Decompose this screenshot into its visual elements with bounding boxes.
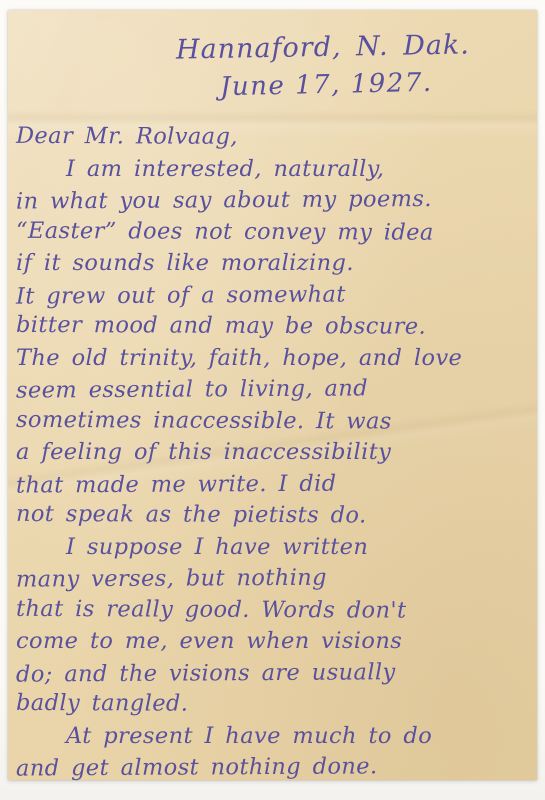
letter-line: that is really good. Words don't: [16, 593, 531, 627]
letter-line: seem essential to living, and: [16, 372, 531, 407]
letter-line: The old trinity, faith, hope, and love: [16, 343, 531, 375]
letter-body: Dear Mr. Rolvaag, I am interested, natur…: [16, 122, 531, 784]
letter-line: “Easter” does not convey my idea: [16, 215, 531, 249]
letter-line: in what you say about my poems.: [16, 183, 531, 218]
letter-line: a feeling of this inaccessibility: [16, 437, 531, 469]
letter-line: come to me, even when visions: [16, 626, 531, 658]
letter-line: bitter mood and may be obscure.: [16, 310, 531, 344]
letter-line: if it sounds like moralizing.: [16, 248, 531, 280]
letter-date-line: June 17, 1927.: [220, 68, 433, 102]
letter-line: and get almost nothing done.: [16, 750, 531, 785]
letter-line: not speak as the pietists do.: [16, 499, 531, 533]
letter-line: sometimes inaccessible. It was: [16, 404, 531, 438]
letter-place-line: Hannaford, N. Dak.: [176, 29, 470, 65]
letter-salutation: Dear Mr. Rolvaag,: [16, 121, 531, 155]
letter-line: It grew out of a somewhat: [16, 278, 531, 313]
handwritten-letter: Hannaford, N. Dak. June 17, 1927. Dear M…: [8, 10, 537, 780]
letter-line: At present I have much to do: [16, 721, 531, 753]
letter-line: do; and the visions are usually: [16, 656, 531, 691]
letter-line: that made me write. I did: [16, 467, 531, 502]
letter-line: I am interested, naturally,: [16, 154, 531, 186]
letter-line: badly tangled.: [16, 688, 531, 722]
letter-line: I suppose I have written: [16, 532, 531, 564]
letter-line: many verses, but nothing: [16, 561, 531, 596]
letter-paper: Hannaford, N. Dak. June 17, 1927. Dear M…: [8, 10, 537, 780]
